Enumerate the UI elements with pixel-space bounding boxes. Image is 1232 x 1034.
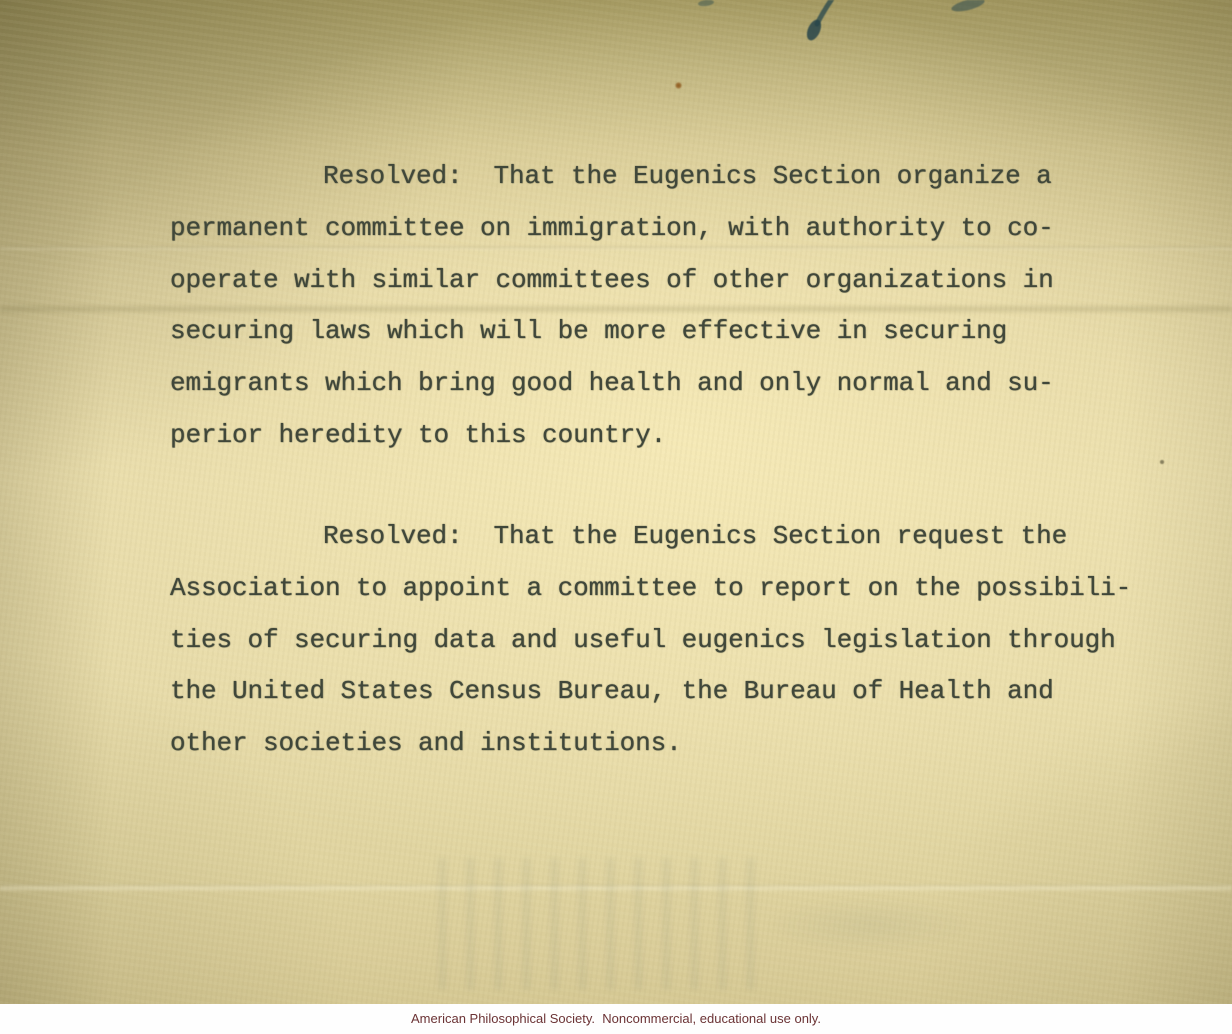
resolution-paragraph-1: Resolved: That the Eugenics Section orga… (170, 151, 1160, 462)
dark-speck (1160, 460, 1164, 464)
orange-stain-dot (675, 82, 682, 89)
ink-showthrough-smudge (720, 880, 1020, 970)
resolution-paragraph-2: Resolved: That the Eugenics Section requ… (170, 511, 1160, 770)
typed-line: ties of securing data and useful eugenic… (170, 615, 1160, 667)
scanned-document-page: Resolved: That the Eugenics Section orga… (0, 0, 1232, 1034)
typed-line: Resolved: That the Eugenics Section requ… (170, 511, 1160, 563)
typed-line: perior heredity to this country. (170, 410, 1160, 462)
typed-line: Association to appoint a committee to re… (170, 563, 1160, 615)
typed-line: operate with similar committees of other… (170, 255, 1160, 307)
typed-line: emigrants which bring good health and on… (170, 358, 1160, 410)
handwriting-ink-marks (0, 0, 1232, 70)
typed-line: securing laws which will be more effecti… (170, 306, 1160, 358)
ink-showthrough-streaks (438, 858, 768, 990)
typed-line: Resolved: That the Eugenics Section orga… (170, 151, 1160, 203)
archive-credit-text: American Philosophical Society. Noncomme… (0, 1011, 1232, 1026)
typed-line: the United States Census Bureau, the Bur… (170, 666, 1160, 718)
archive-credit-bar: American Philosophical Society. Noncomme… (0, 1004, 1232, 1034)
typed-line: permanent committee on immigration, with… (170, 203, 1160, 255)
typed-line: other societies and institutions. (170, 718, 1160, 770)
